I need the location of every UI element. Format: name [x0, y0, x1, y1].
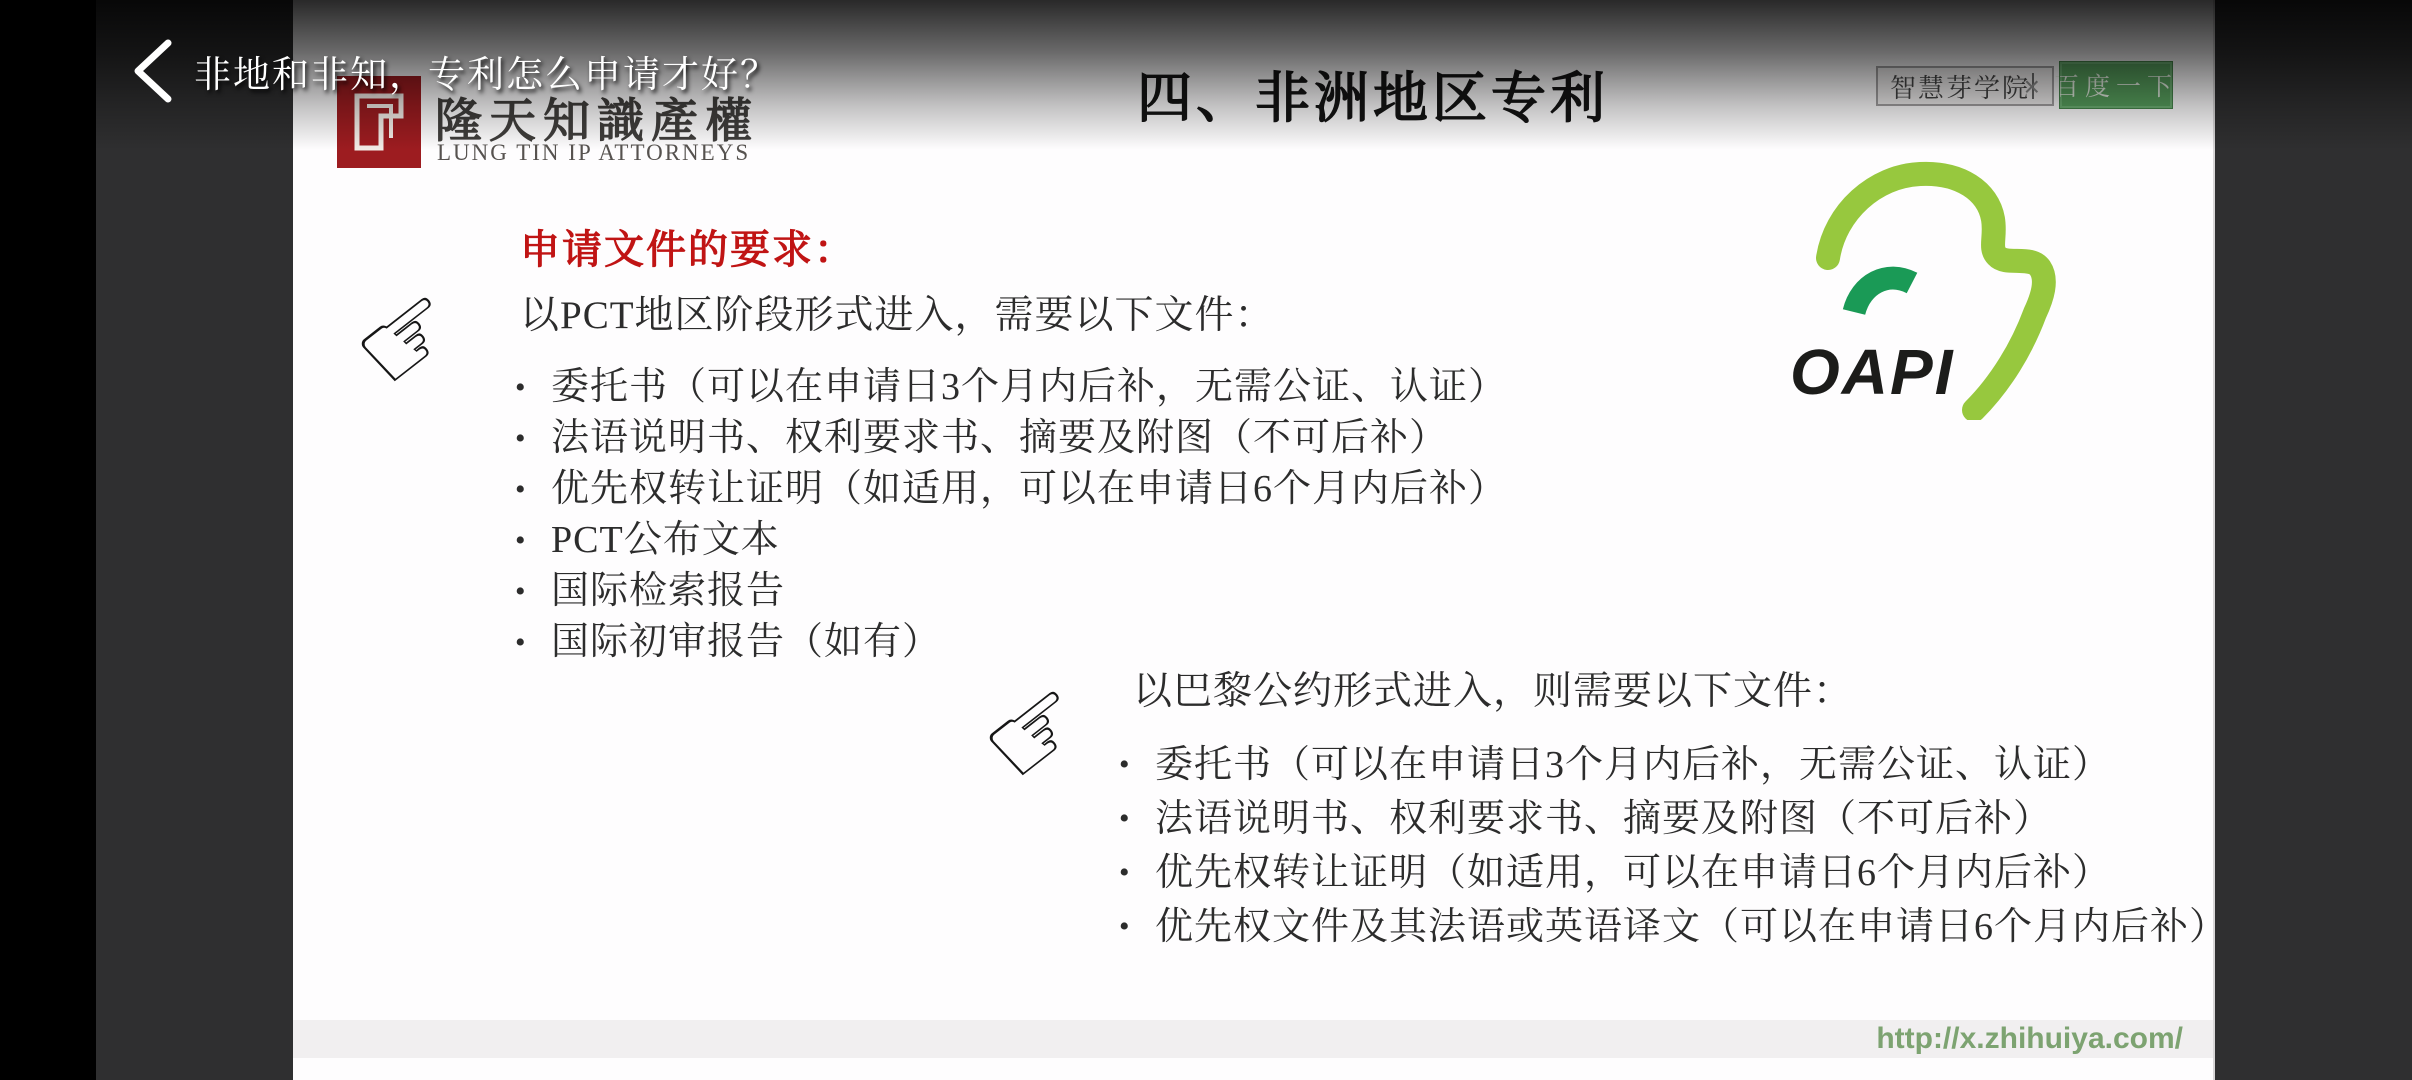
back-chevron-icon	[126, 36, 182, 106]
list-item: 优先权文件及其法语或英语译文（可以在申请日6个月内后补）	[1119, 900, 2228, 954]
paris-document-list: 委托书（可以在申请日3个月内后补，无需公证、认证） 法语说明书、权利要求书、摘要…	[1119, 738, 2228, 954]
letterbox-left	[0, 0, 96, 1080]
paris-section-lead: 以巴黎公约形式进入，则需要以下文件：	[1133, 660, 1853, 716]
lungtin-logo-en-text: LUNG TIN IP ATTORNEYS	[437, 140, 750, 166]
video-surface[interactable]: 隆天知識產權 LUNG TIN IP ATTORNEYS 四、非洲地区专利 智慧…	[0, 0, 2412, 1080]
clear-icon[interactable]: ×	[2024, 70, 2040, 104]
list-item: 法语说明书、权利要求书、摘要及附图（不可后补）	[515, 413, 1507, 464]
list-item: 法语说明书、权利要求书、摘要及附图（不可后补）	[1119, 792, 2228, 846]
list-item: 委托书（可以在申请日3个月内后补，无需公证、认证）	[1119, 738, 2228, 792]
video-title: 非地和非知，专利怎么申请才好？	[194, 44, 779, 98]
video-side-panel-left	[96, 0, 293, 1080]
video-side-panel-right	[2213, 0, 2412, 1080]
pct-document-list: 委托书（可以在申请日3个月内后补，无需公证、认证） 法语说明书、权利要求书、摘要…	[515, 362, 1507, 668]
slide-title: 四、非洲地区专利	[1137, 54, 1609, 133]
search-input[interactable]: 智慧芽学院 ×	[1876, 66, 2054, 106]
baidu-search-button[interactable]: 百度一下	[2060, 62, 2172, 108]
oapi-logo-text: OAPI	[1790, 336, 1954, 408]
pointing-hand-icon: ☞	[961, 657, 1109, 807]
list-item: 委托书（可以在申请日3个月内后补，无需公证、认证）	[515, 362, 1507, 413]
pct-section-lead: 以PCT地区阶段形式进入，需要以下文件：	[520, 284, 1275, 340]
footer-url: http://x.zhihuiya.com/	[1876, 1020, 2183, 1058]
back-button[interactable]	[126, 36, 182, 106]
list-item: 优先权转让证明（如适用，可以在申请日6个月内后补）	[1119, 846, 2228, 900]
search-query-text: 智慧芽学院	[1878, 68, 2030, 105]
pointing-hand-icon: ☞	[333, 263, 481, 413]
requirements-heading: 申请文件的要求：	[520, 218, 856, 275]
presentation-slide: 隆天知識產權 LUNG TIN IP ATTORNEYS 四、非洲地区专利 智慧…	[293, 0, 2213, 1080]
list-item: PCT公布文本	[515, 515, 1507, 566]
list-item: 优先权转让证明（如适用，可以在申请日6个月内后补）	[515, 464, 1507, 515]
list-item: 国际检索报告	[515, 566, 1507, 617]
oapi-logo: OAPI	[1790, 156, 2062, 420]
